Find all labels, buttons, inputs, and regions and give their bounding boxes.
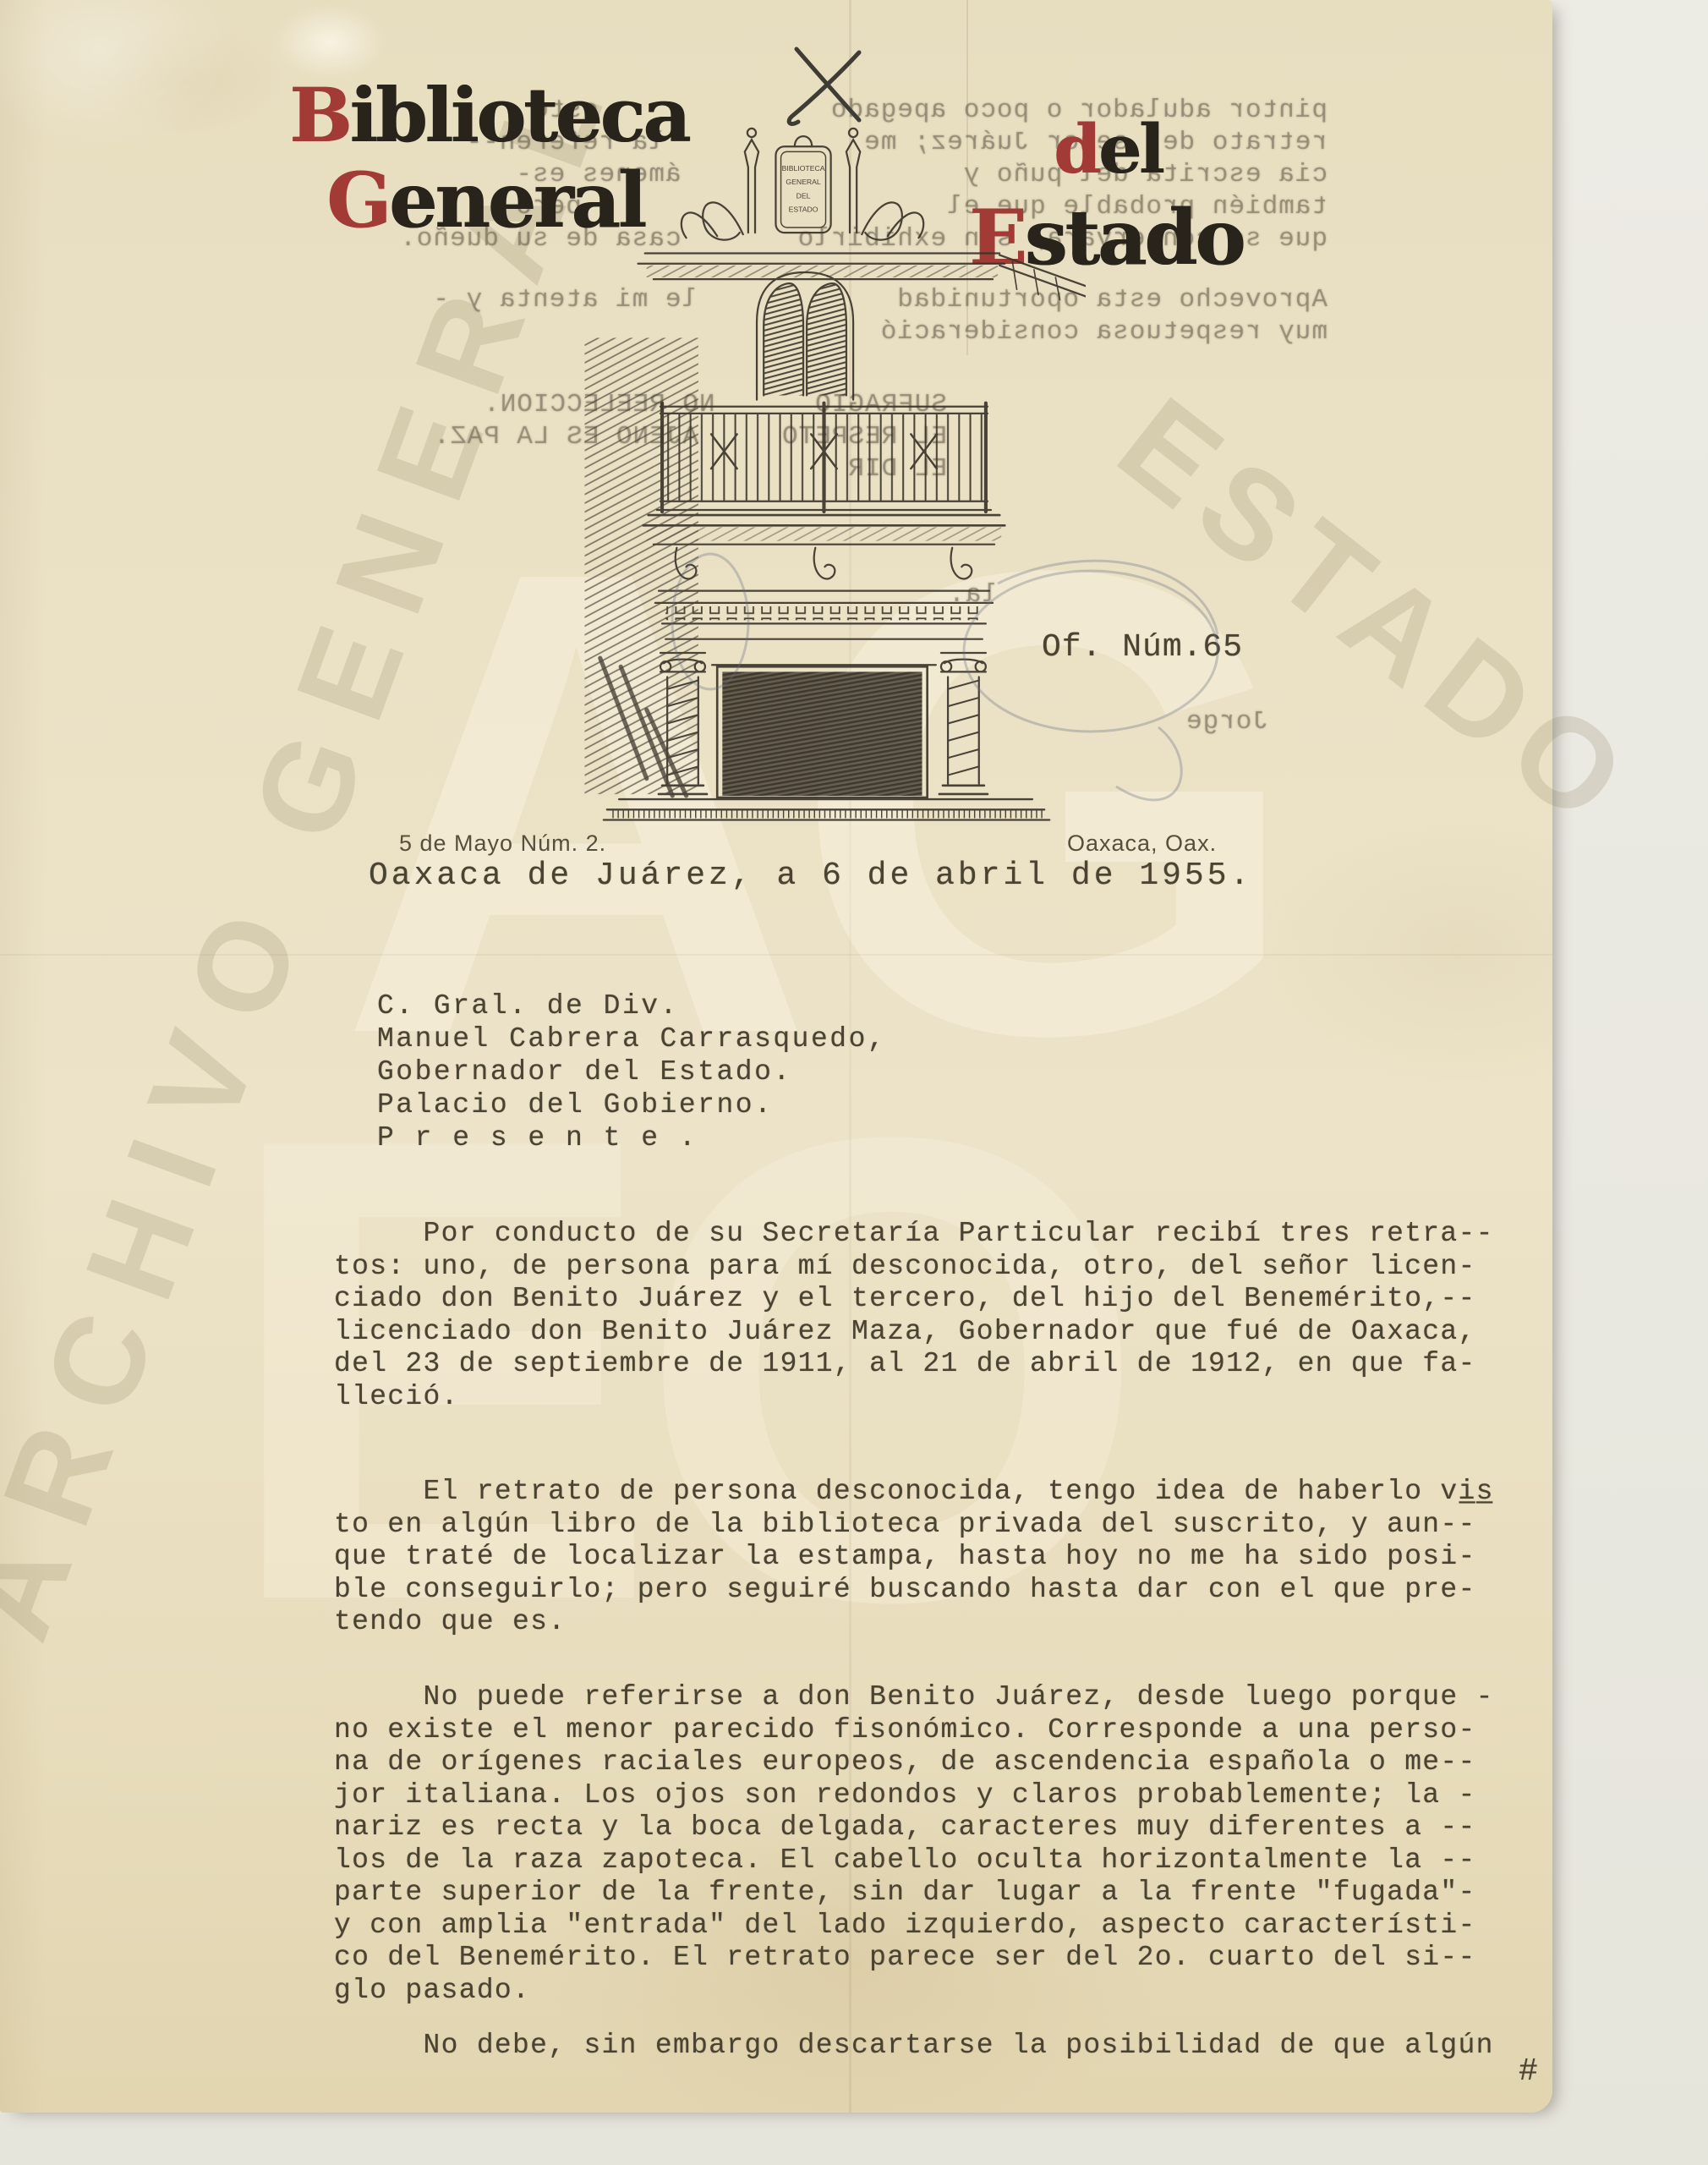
- text-line: co del Benemérito. El retrato parece ser…: [334, 1942, 1494, 1975]
- text-line: ble conseguirlo; pero seguiré buscando h…: [334, 1574, 1494, 1607]
- text-line: licenciado don Benito Juárez Maza, Gober…: [334, 1316, 1494, 1349]
- dateline: Oaxaca de Juárez, a 6 de abril de 1955.: [369, 858, 1252, 894]
- text-line: ciado don Benito Juárez y el tercero, de…: [334, 1283, 1494, 1316]
- text-line: Gobernador del Estado.: [377, 1055, 886, 1088]
- text-line: jor italiana. Los ojos son redondos y cl…: [334, 1779, 1494, 1812]
- text-line: No debe, sin embargo descartarse la posi…: [334, 2030, 1494, 2063]
- text-line: parte superior de la frente, sin dar lug…: [334, 1877, 1494, 1910]
- body-paragraph-1: Por conducto de su Secretaría Particular…: [334, 1218, 1494, 1413]
- body-paragraph-3: No puede referirse a don Benito Juárez, …: [334, 1681, 1494, 2007]
- paper-crease-horizontal: [0, 954, 1552, 956]
- pencil-scribble: [643, 507, 1319, 863]
- text-line: El retrato de persona desconocida, tengo…: [334, 1476, 1494, 1509]
- text-line: Por conducto de su Secretaría Particular…: [334, 1218, 1494, 1251]
- text-line: que traté de localizar la estampa, hasta…: [334, 1541, 1494, 1574]
- body-paragraph-4: No debe, sin embargo descartarse la posi…: [334, 2030, 1494, 2063]
- letterhead-street-address: 5 de Mayo Núm. 2.: [399, 830, 606, 857]
- text-line: tos: uno, de persona para mí desconocida…: [334, 1251, 1494, 1284]
- text-line: Palacio del Gobierno.: [377, 1088, 886, 1121]
- plaque-text-line: DEL: [797, 191, 811, 200]
- text-line: Manuel Cabrera Carrasquedo,: [377, 1022, 886, 1055]
- text-line: glo pasado.: [334, 1975, 1494, 2008]
- handwritten-x-mark: [778, 34, 879, 127]
- body-paragraph-2: El retrato de persona desconocida, tengo…: [334, 1476, 1494, 1639]
- text-line: lleció.: [334, 1381, 1494, 1414]
- letterhead-initial: B: [289, 71, 349, 159]
- text-line: nariz es recta y la boca delgada, caract…: [334, 1811, 1494, 1844]
- plaque-text-line: BIBLIOTECA: [782, 164, 825, 173]
- text-line: to en algún libro de la biblioteca priva…: [334, 1509, 1494, 1542]
- plaque-text-line: ESTADO: [789, 206, 818, 214]
- text-line: tendo que es.: [334, 1606, 1494, 1639]
- plaque-text-line: GENERAL: [786, 178, 820, 186]
- text-line: no existe el menor parecido fisonómico. …: [334, 1714, 1494, 1747]
- text-line: na de orígenes raciales europeos, de asc…: [334, 1746, 1494, 1779]
- text-line: C. Gral. de Div.: [377, 989, 886, 1022]
- recipient-block: C. Gral. de Div.Manuel Cabrera Carrasque…: [377, 989, 886, 1154]
- letterhead-initial: G: [326, 156, 389, 245]
- letterhead-word-rest: el: [1098, 109, 1162, 189]
- text-line: los de la raza zapoteca. El cabello ocul…: [334, 1844, 1494, 1877]
- scanned-letter-page: AG EO ARCHIVO GENERAL ESTADO pintor adul…: [0, 0, 1552, 2113]
- end-mark: #: [1519, 2053, 1538, 2090]
- text-line: del 23 de septiembre de 1911, al 21 de a…: [334, 1348, 1494, 1381]
- text-line: y con amplia "entrada" del lado izquierd…: [334, 1910, 1494, 1943]
- text-line: No puede referirse a don Benito Juárez, …: [334, 1681, 1494, 1714]
- text-line: P r e s e n t e .: [377, 1121, 886, 1154]
